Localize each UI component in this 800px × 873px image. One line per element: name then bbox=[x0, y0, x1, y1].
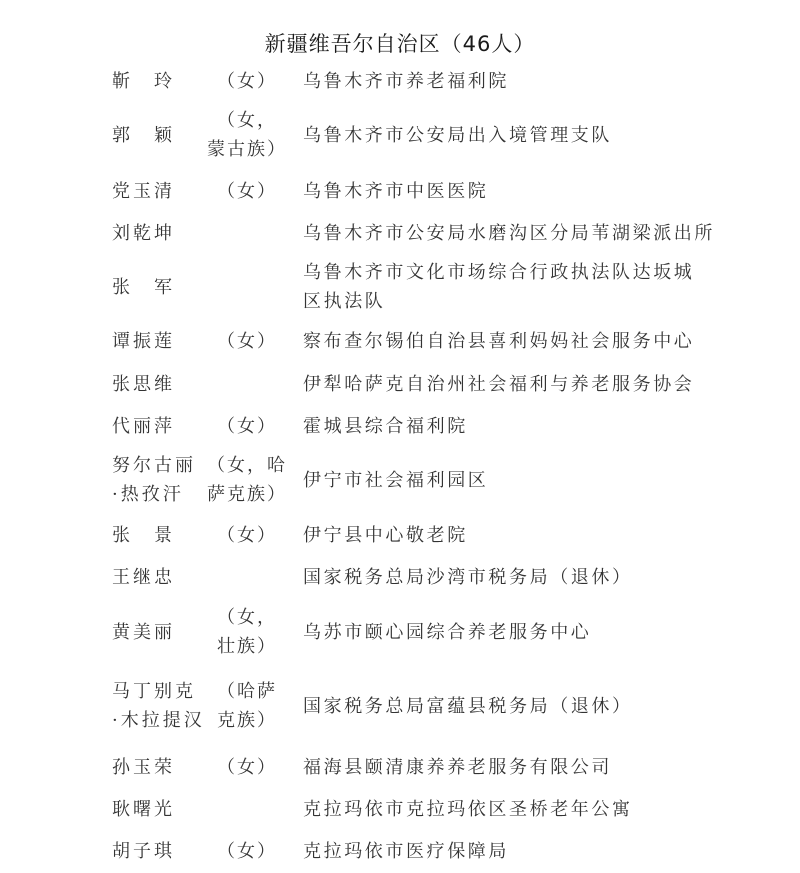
person-note: （女，壮族） bbox=[202, 603, 292, 661]
person-note-line: （女） bbox=[202, 753, 292, 782]
person-name: 张思维 bbox=[112, 370, 175, 399]
person-name-line: 胡子琪 bbox=[112, 837, 175, 866]
organization-line: 克拉玛依市克拉玛依区圣桥老年公寓 bbox=[303, 795, 723, 824]
list-item: 刘乾坤乌鲁木齐市公安局水磨沟区分局苇湖梁派出所 bbox=[0, 218, 800, 248]
person-name-line: 郭 颖 bbox=[112, 121, 175, 150]
organization: 克拉玛依市医疗保障局 bbox=[303, 837, 723, 866]
list-item: 耿曙光克拉玛依市克拉玛依区圣桥老年公寓 bbox=[0, 794, 800, 824]
person-name: 王继忠 bbox=[112, 563, 175, 592]
person-name-line: 张思维 bbox=[112, 370, 175, 399]
organization-line: 克拉玛依市医疗保障局 bbox=[303, 837, 723, 866]
person-note-line: 壮族） bbox=[202, 632, 292, 661]
organization: 克拉玛依市克拉玛依区圣桥老年公寓 bbox=[303, 795, 723, 824]
organization: 乌鲁木齐市中医医院 bbox=[303, 177, 723, 206]
person-name: 靳 玲 bbox=[112, 67, 175, 96]
person-name-line: 孙玉荣 bbox=[112, 753, 175, 782]
person-note-line: （女， bbox=[202, 106, 292, 135]
person-note: （女） bbox=[202, 177, 292, 206]
list-item: 党玉清（女）乌鲁木齐市中医医院 bbox=[0, 176, 800, 206]
page-title: 新疆维吾尔自治区（46人） bbox=[0, 28, 800, 58]
organization: 霍城县综合福利院 bbox=[303, 412, 723, 441]
person-name-line: 代丽萍 bbox=[112, 412, 175, 441]
organization: 国家税务总局沙湾市税务局（退休） bbox=[303, 563, 723, 592]
person-note-line: （女） bbox=[202, 67, 292, 96]
person-name: 马丁别克·木拉提汉 bbox=[112, 677, 205, 735]
person-note-line: （女，哈 bbox=[202, 451, 292, 480]
person-name: 孙玉荣 bbox=[112, 753, 175, 782]
person-note: （女） bbox=[202, 327, 292, 356]
person-name-line: 努尔古丽 bbox=[112, 451, 196, 480]
organization: 伊宁市社会福利园区 bbox=[303, 466, 723, 495]
person-name: 刘乾坤 bbox=[112, 219, 175, 248]
list-item: 王继忠国家税务总局沙湾市税务局（退休） bbox=[0, 562, 800, 592]
person-note: （女） bbox=[202, 837, 292, 866]
person-note: （女，蒙古族） bbox=[202, 106, 292, 164]
list-item: 郭 颖（女，蒙古族）乌鲁木齐市公安局出入境管理支队 bbox=[0, 106, 800, 164]
organization: 乌苏市颐心园综合养老服务中心 bbox=[303, 618, 723, 647]
list-item: 张 军乌鲁木齐市文化市场综合行政执法队达坂城区执法队 bbox=[0, 258, 800, 316]
person-note-line: （女） bbox=[202, 521, 292, 550]
person-name: 张 军 bbox=[112, 273, 175, 302]
list-item: 张思维伊犁哈萨克自治州社会福利与养老服务协会 bbox=[0, 369, 800, 399]
person-name: 张 景 bbox=[112, 521, 175, 550]
person-note: （女，哈萨克族） bbox=[202, 451, 292, 509]
person-note-line: 克族） bbox=[202, 706, 292, 735]
person-name: 代丽萍 bbox=[112, 412, 175, 441]
organization-line: 乌鲁木齐市中医医院 bbox=[303, 177, 723, 206]
person-name: 努尔古丽·热孜汗 bbox=[112, 451, 196, 509]
person-note-line: 蒙古族） bbox=[202, 135, 292, 164]
person-name-line: 党玉清 bbox=[112, 177, 175, 206]
person-note: （女） bbox=[202, 67, 292, 96]
organization-line: 伊宁县中心敬老院 bbox=[303, 521, 723, 550]
organization-line: 福海县颐清康养养老服务有限公司 bbox=[303, 753, 723, 782]
person-name-line: 谭振莲 bbox=[112, 327, 175, 356]
person-note-line: （女） bbox=[202, 327, 292, 356]
person-name-line: 黄美丽 bbox=[112, 618, 175, 647]
organization: 乌鲁木齐市公安局出入境管理支队 bbox=[303, 121, 723, 150]
organization-line: 伊犁哈萨克自治州社会福利与养老服务协会 bbox=[303, 370, 723, 399]
list-item: 靳 玲（女）乌鲁木齐市养老福利院 bbox=[0, 66, 800, 96]
person-note: （女） bbox=[202, 753, 292, 782]
organization: 伊宁县中心敬老院 bbox=[303, 521, 723, 550]
organization-line: 乌苏市颐心园综合养老服务中心 bbox=[303, 618, 723, 647]
list-item: 代丽萍（女）霍城县综合福利院 bbox=[0, 411, 800, 441]
person-note: （哈萨克族） bbox=[202, 677, 292, 735]
person-note-line: 萨克族） bbox=[202, 480, 292, 509]
person-note: （女） bbox=[202, 521, 292, 550]
person-name: 黄美丽 bbox=[112, 618, 175, 647]
person-name-line: 耿曙光 bbox=[112, 795, 175, 824]
list-item: 努尔古丽·热孜汗（女，哈萨克族）伊宁市社会福利园区 bbox=[0, 451, 800, 509]
person-note-line: （哈萨 bbox=[202, 677, 292, 706]
organization-line: 霍城县综合福利院 bbox=[303, 412, 723, 441]
list-item: 谭振莲（女）察布查尔锡伯自治县喜利妈妈社会服务中心 bbox=[0, 326, 800, 356]
person-note: （女） bbox=[202, 412, 292, 441]
organization-line: 乌鲁木齐市文化市场综合行政执法队达坂城 bbox=[303, 258, 723, 287]
organization: 福海县颐清康养养老服务有限公司 bbox=[303, 753, 723, 782]
person-name: 郭 颖 bbox=[112, 121, 175, 150]
person-note-line: （女） bbox=[202, 412, 292, 441]
person-name-line: 张 景 bbox=[112, 521, 175, 550]
organization: 国家税务总局富蕴县税务局（退休） bbox=[303, 692, 723, 721]
person-name: 耿曙光 bbox=[112, 795, 175, 824]
organization-line: 乌鲁木齐市公安局出入境管理支队 bbox=[303, 121, 723, 150]
list-item: 黄美丽（女，壮族）乌苏市颐心园综合养老服务中心 bbox=[0, 603, 800, 661]
organization-line: 察布查尔锡伯自治县喜利妈妈社会服务中心 bbox=[303, 327, 723, 356]
person-name-line: 王继忠 bbox=[112, 563, 175, 592]
organization-line: 国家税务总局富蕴县税务局（退休） bbox=[303, 692, 723, 721]
person-note-line: （女） bbox=[202, 837, 292, 866]
organization-line: 伊宁市社会福利园区 bbox=[303, 466, 723, 495]
organization: 察布查尔锡伯自治县喜利妈妈社会服务中心 bbox=[303, 327, 723, 356]
organization-line: 国家税务总局沙湾市税务局（退休） bbox=[303, 563, 723, 592]
person-name-line: 马丁别克 bbox=[112, 677, 205, 706]
person-name-line: 靳 玲 bbox=[112, 67, 175, 96]
organization: 乌鲁木齐市文化市场综合行政执法队达坂城区执法队 bbox=[303, 258, 723, 316]
list-item: 胡子琪（女）克拉玛依市医疗保障局 bbox=[0, 836, 800, 866]
organization: 伊犁哈萨克自治州社会福利与养老服务协会 bbox=[303, 370, 723, 399]
organization-line: 乌鲁木齐市养老福利院 bbox=[303, 67, 723, 96]
person-name: 谭振莲 bbox=[112, 327, 175, 356]
organization: 乌鲁木齐市养老福利院 bbox=[303, 67, 723, 96]
organization-line: 区执法队 bbox=[303, 287, 723, 316]
list-item: 马丁别克·木拉提汉（哈萨克族）国家税务总局富蕴县税务局（退休） bbox=[0, 677, 800, 735]
list-item: 张 景（女）伊宁县中心敬老院 bbox=[0, 520, 800, 550]
person-name-line: ·木拉提汉 bbox=[112, 706, 205, 735]
person-note-line: （女， bbox=[202, 603, 292, 632]
person-name-line: 张 军 bbox=[112, 273, 175, 302]
organization: 乌鲁木齐市公安局水磨沟区分局苇湖梁派出所 bbox=[303, 219, 723, 248]
person-name: 党玉清 bbox=[112, 177, 175, 206]
organization-line: 乌鲁木齐市公安局水磨沟区分局苇湖梁派出所 bbox=[303, 219, 723, 248]
person-name-line: 刘乾坤 bbox=[112, 219, 175, 248]
list-item: 孙玉荣（女）福海县颐清康养养老服务有限公司 bbox=[0, 752, 800, 782]
person-name-line: ·热孜汗 bbox=[112, 480, 196, 509]
person-name: 胡子琪 bbox=[112, 837, 175, 866]
person-note-line: （女） bbox=[202, 177, 292, 206]
